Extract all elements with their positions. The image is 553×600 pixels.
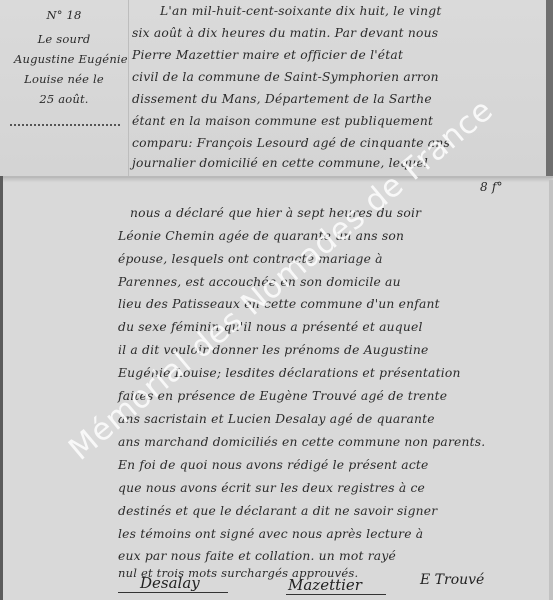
margin-flourish — [10, 118, 120, 126]
text-line: Léonie Chemin agée de quarante un ans so… — [118, 229, 404, 243]
page-edge — [0, 176, 3, 600]
text-line: Parennes, est accouchée en son domicile … — [118, 275, 401, 289]
text-line: L'an mil-huit-cent-soixante dix huit, le… — [160, 4, 442, 18]
margin-rule — [128, 0, 129, 176]
signature-flourish — [286, 594, 386, 595]
text-line: faites en présence de Eugène Trouvé agé … — [118, 389, 447, 403]
text-line: lieu des Patisseaux en cette commune d'u… — [118, 297, 440, 311]
text-line: eux par nous faite et collation. un mot … — [118, 549, 396, 563]
margin-note-line: Augustine Eugénie — [14, 50, 114, 68]
text-line: il a dit vouloir donner les prénoms de A… — [118, 343, 428, 357]
margin-note-line: Louise née le — [14, 70, 114, 88]
page-edge — [546, 0, 553, 176]
text-line: En foi de quoi nous avons rédigé le prés… — [118, 458, 429, 472]
text-line: destinés et que le déclarant a dit ne sa… — [118, 504, 437, 518]
signature-flourish — [118, 592, 228, 593]
signature-mazettier: Mazettier — [288, 576, 362, 594]
page-edge — [549, 180, 553, 600]
upper-sheet: N° 18 Le sourd Augustine Eugénie Louise … — [0, 0, 553, 178]
text-line: que nous avons écrit sur les deux regist… — [118, 481, 425, 495]
text-line: six août à dix heures du matin. Par deva… — [132, 26, 438, 40]
text-line: ans marchand domiciliés en cette commune… — [118, 435, 485, 449]
text-line: Pierre Mazettier maire et officier de l'… — [132, 48, 403, 62]
text-line: dissement du Mans, Département de la Sar… — [132, 92, 432, 106]
text-line: épouse, lesquels ont contracté mariage à — [118, 252, 383, 266]
text-line: étant en la maison commune est publiquem… — [132, 114, 433, 128]
signature-trouve: E Trouvé — [420, 572, 484, 588]
text-line: les témoins ont signé avec nous après le… — [118, 527, 423, 541]
folio-mark: 8 f° — [480, 180, 503, 194]
document-scan: N° 18 Le sourd Augustine Eugénie Louise … — [0, 0, 553, 600]
text-line: du sexe féminin qu'il nous a présenté et… — [118, 320, 423, 334]
record-number: N° 18 — [14, 6, 114, 24]
margin-note-line: 25 août. — [14, 90, 114, 108]
text-line: comparu: François Lesourd agé de cinquan… — [132, 136, 450, 150]
text-line: Eugénie Louise; lesdites déclarations et… — [118, 366, 461, 380]
text-line: nous a déclaré que hier à sept heures du… — [130, 206, 421, 220]
text-line: civil de la commune de Saint-Symphorien … — [132, 70, 439, 84]
text-line: ans sacristain et Lucien Desalay agé de … — [118, 412, 435, 426]
margin-note-line: Le sourd — [14, 30, 114, 48]
signature-desalay: Desalay — [140, 574, 200, 592]
text-line: journalier domicilié en cette commune, l… — [132, 156, 428, 170]
